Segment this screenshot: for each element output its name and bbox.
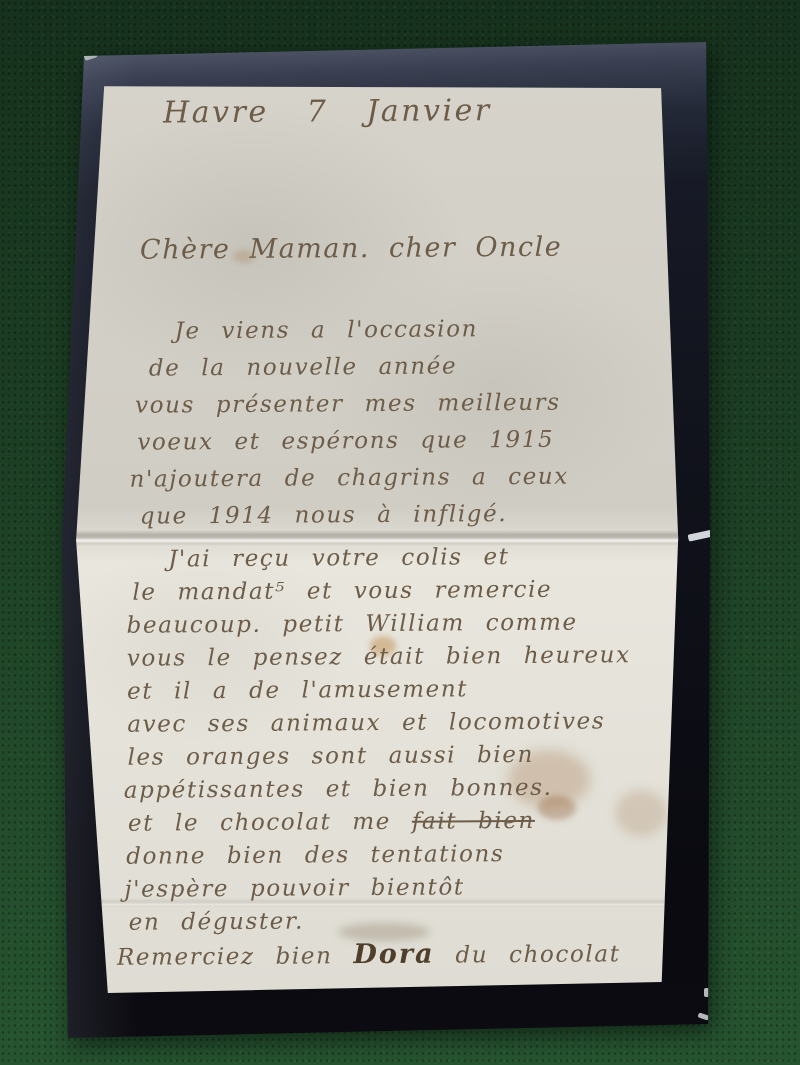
letter-line: beaucoup. petit William comme <box>127 606 631 643</box>
letter-line: et il a de l'amusement <box>127 672 631 709</box>
letter-line: que 1914 nous à infligé. <box>140 496 570 536</box>
letter-closing-line: Remerciez bien Dora du chocolat <box>117 936 633 975</box>
edge-scratch <box>688 529 715 541</box>
letter-paragraph-1: Je viens a l'occasion de la nouvelle ann… <box>126 311 569 536</box>
photo-stack: Havre 7 Janvier Chère Maman. cher Oncle … <box>0 0 800 1065</box>
letter-paragraph-2: J'ai reçu votre colis et le mandat⁵ et v… <box>126 540 633 975</box>
closing-name: Dora <box>353 939 434 971</box>
edge-scratch <box>697 1012 709 1020</box>
letter-line: j'espère pouvoir bientôt <box>124 870 632 907</box>
letter-line-chocolate: et le chocolat me fait bien <box>128 804 632 841</box>
letter-line: les oranges sont aussi bien <box>127 738 631 775</box>
letter-text: Havre 7 Janvier Chère Maman. cher Oncle … <box>67 76 683 995</box>
letter-line: n'ajoutera de chagrins a ceux <box>129 459 569 499</box>
letter-line: voeux et espérons que 1915 <box>137 422 569 462</box>
letter-line: en déguster. <box>129 903 633 940</box>
letter-line-fragment: Remerciez bien <box>117 943 333 971</box>
letter-line-fragment: du chocolat <box>455 941 620 968</box>
letter-line: J'ai reçu votre colis et <box>168 540 630 576</box>
corner-chip <box>83 50 98 61</box>
letter-line-fragment: et le chocolat me <box>128 809 391 837</box>
letter-line: de la nouvelle année <box>149 348 569 388</box>
edge-scratch <box>704 988 709 997</box>
green-felt-background: Havre 7 Janvier Chère Maman. cher Oncle … <box>0 0 800 1065</box>
strikethrough-text: fait bien <box>412 808 535 835</box>
letter-line: vous présenter mes meilleurs <box>135 385 569 425</box>
letter-line: Je viens a l'occasion <box>174 311 568 351</box>
letter-line: le mandat⁵ et vous remercie <box>132 573 630 609</box>
letter-line: donne bien des tentations <box>126 837 632 874</box>
letter-line: appétissantes et bien bonnes. <box>124 771 632 808</box>
letter-salutation: Chère Maman. cher Oncle <box>140 232 562 266</box>
letter-line: vous le pensez était bien heureux <box>127 639 631 676</box>
letter-heading: Havre 7 Janvier <box>163 93 492 130</box>
letter-line: avec ses animaux et locomotives <box>127 705 631 742</box>
letter-paper: Havre 7 Janvier Chère Maman. cher Oncle … <box>70 78 680 993</box>
